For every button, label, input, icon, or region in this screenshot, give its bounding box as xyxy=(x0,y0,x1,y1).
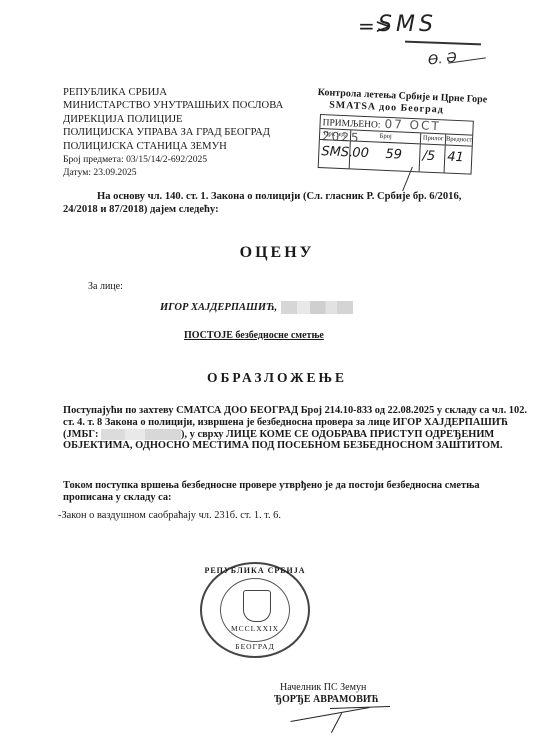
person-name: ИГОР ХАЈДЕРПАШИЋ, xyxy=(160,301,353,314)
letterhead-line: ПОЛИЦИЈСКА СТАНИЦА ЗЕМУН xyxy=(63,140,283,153)
assessment-finding: ПОСТОЈЕ безбедносне сметње xyxy=(184,330,324,341)
reasoning-paragraph-1: Поступајући по захтеву СМАТСА ДОО БЕОГРА… xyxy=(63,405,528,452)
law-reference: -Закон о ваздушном саобраћају чл. 231б. … xyxy=(58,510,523,522)
signatory-title: Начелник ПС Земун xyxy=(280,682,366,693)
seal-city: БЕОГРАД xyxy=(200,642,310,651)
person-name-text: ИГОР ХАЈДЕРПАШИЋ, xyxy=(160,302,277,313)
receipt-stamp-header: Контрола летења Србије и Црне Горе SMATS… xyxy=(317,87,487,118)
signature-stroke xyxy=(331,713,342,733)
receipt-stamp: ПРИМЉЕНО:07 OCT 2025 Орг. јед. SMS. Број… xyxy=(318,114,474,175)
handwritten-sms-note: SMS xyxy=(378,12,437,37)
case-number: Број предмета: 03/15/14/2-692/2025 xyxy=(63,153,283,166)
signature-stroke xyxy=(291,707,370,722)
intro-line: На основу чл. 140. ст. 1. Закона о полиц… xyxy=(63,190,533,203)
assessment-title: ОЦЕНУ xyxy=(0,244,554,262)
stamp-cell-attachment: Прилог /5 xyxy=(420,133,446,172)
redacted-block xyxy=(281,301,353,314)
letterhead-line: ДИРЕКЦИЈА ПОЛИЦИЈЕ xyxy=(63,113,283,126)
reasoning-paragraph-2: Током поступка вршења безбедносне провер… xyxy=(63,480,528,504)
intro-line: 24/2018 и 87/2018) дајем следећу: xyxy=(63,203,533,216)
stamp-cell-value: 00 59 xyxy=(350,141,420,167)
reasoning-title: ОБРАЗЛОЖЕЊЕ xyxy=(0,370,554,386)
seal-year: MCCLXXIX xyxy=(200,624,310,633)
document-date: Датум: 23.09.2025 xyxy=(63,166,283,179)
for-person-label: За лице: xyxy=(88,281,123,292)
stamp-cell-value: 41 xyxy=(445,146,472,170)
redacted-jmbg xyxy=(101,429,181,440)
intro-paragraph: На основу чл. 140. ст. 1. Закона о полиц… xyxy=(63,190,533,216)
seal-text: РЕПУБЛИКА СРБИЈА xyxy=(200,566,310,575)
stamp-cell-org: Орг. јед. SMS. xyxy=(319,129,352,168)
handwritten-underline xyxy=(405,41,481,46)
letterhead-line: ПОЛИЦИЈСКА УПРАВА ЗА ГРАД БЕОГРАД xyxy=(63,126,283,139)
stamp-grid: Орг. јед. SMS. Број 00 59 Прилог /5 Вред… xyxy=(319,129,473,174)
handwritten-initials: Ө. Ә xyxy=(427,51,457,69)
stamp-cell-value: SMS. xyxy=(319,140,350,164)
letterhead-line: МИНИСТАРСТВО УНУТРАШЊИХ ПОСЛОВА xyxy=(63,99,283,112)
coat-of-arms-icon xyxy=(243,590,271,622)
stamp-cell-value: /5 xyxy=(420,144,445,168)
letterhead-line: РЕПУБЛИКА СРБИЈА xyxy=(63,86,283,99)
signatory-name: ЂОРЂЕ АВРАМОВИЋ xyxy=(274,694,379,705)
stamp-cell-value-col: Вредност 41 xyxy=(445,135,473,174)
letterhead: РЕПУБЛИКА СРБИЈА МИНИСТАРСТВО УНУТРАШЊИХ… xyxy=(63,86,283,180)
stamp-cell-number: Број 00 59 xyxy=(350,130,422,171)
